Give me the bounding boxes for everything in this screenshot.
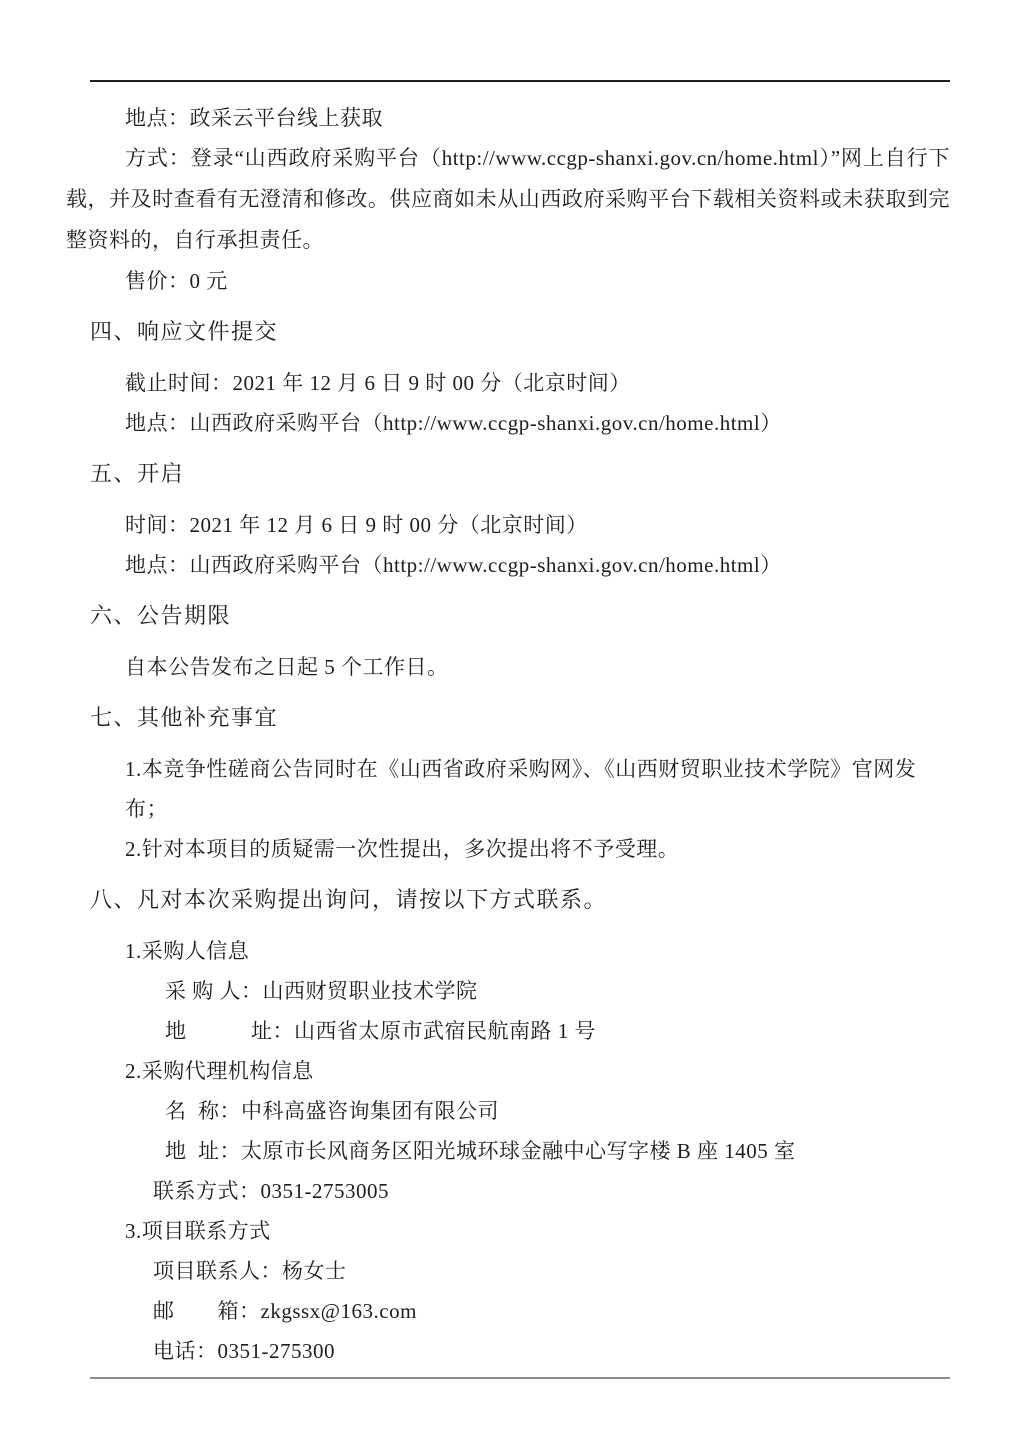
section-5-heading: 五、开启 (90, 454, 950, 494)
project-contact-title: 3.项目联系方式 (125, 1211, 950, 1251)
opening-location-line: 地点：山西政府采购平台（http://www.ccgp-shanxi.gov.c… (125, 545, 950, 585)
project-contact-person-line: 项目联系人：杨女士 (153, 1251, 950, 1291)
supplement-item-1: 1.本竞争性磋商公告同时在《山西省政府采购网》、《山西财贸职业技术学院》官网发布… (125, 749, 950, 829)
document-content: 地点：政采云平台线上获取 方式：登录“山西政府采购平台（http://www.c… (66, 98, 950, 1371)
opening-time-line: 时间：2021 年 12 月 6 日 9 时 00 分（北京时间） (125, 505, 950, 545)
pickup-method-paragraph: 方式：登录“山西政府采购平台（http://www.ccgp-shanxi.go… (66, 138, 950, 261)
project-contact-phone-line: 电话：0351-275300 (153, 1331, 950, 1371)
section-4-heading: 四、响应文件提交 (90, 312, 950, 352)
price-line: 售价：0 元 (125, 261, 950, 301)
submission-location-line: 地点：山西政府采购平台（http://www.ccgp-shanxi.gov.c… (125, 403, 950, 443)
announcement-period-line: 自本公告发布之日起 5 个工作日。 (125, 647, 950, 687)
document-page: 地点：政采云平台线上获取 方式：登录“山西政府采购平台（http://www.c… (0, 0, 1024, 1448)
agency-info-title: 2.采购代理机构信息 (125, 1051, 950, 1091)
buyer-name-line: 采 购 人：山西财贸职业技术学院 (165, 971, 950, 1011)
footer-rule (90, 1377, 950, 1379)
agency-name-line: 名 称：中科高盛咨询集团有限公司 (165, 1091, 950, 1131)
section-7-heading: 七、其他补充事宜 (90, 698, 950, 738)
buyer-address-line: 地 址：山西省太原市武宿民航南路 1 号 (165, 1011, 950, 1051)
submission-deadline-line: 截止时间：2021 年 12 月 6 日 9 时 00 分（北京时间） (125, 363, 950, 403)
section-6-heading: 六、公告期限 (90, 596, 950, 636)
supplement-item-2: 2.针对本项目的质疑需一次性提出，多次提出将不予受理。 (125, 829, 950, 869)
section-8-heading: 八、凡对本次采购提出询问，请按以下方式联系。 (90, 880, 950, 920)
project-contact-email-line: 邮 箱：zkgssx@163.com (153, 1291, 950, 1331)
header-rule (90, 80, 950, 82)
pickup-location-line: 地点：政采云平台线上获取 (125, 98, 950, 138)
buyer-info-title: 1.采购人信息 (125, 931, 950, 971)
agency-contact-line: 联系方式：0351-2753005 (153, 1171, 950, 1211)
agency-address-line: 地 址：太原市长风商务区阳光城环球金融中心写字楼 B 座 1405 室 (165, 1131, 950, 1171)
